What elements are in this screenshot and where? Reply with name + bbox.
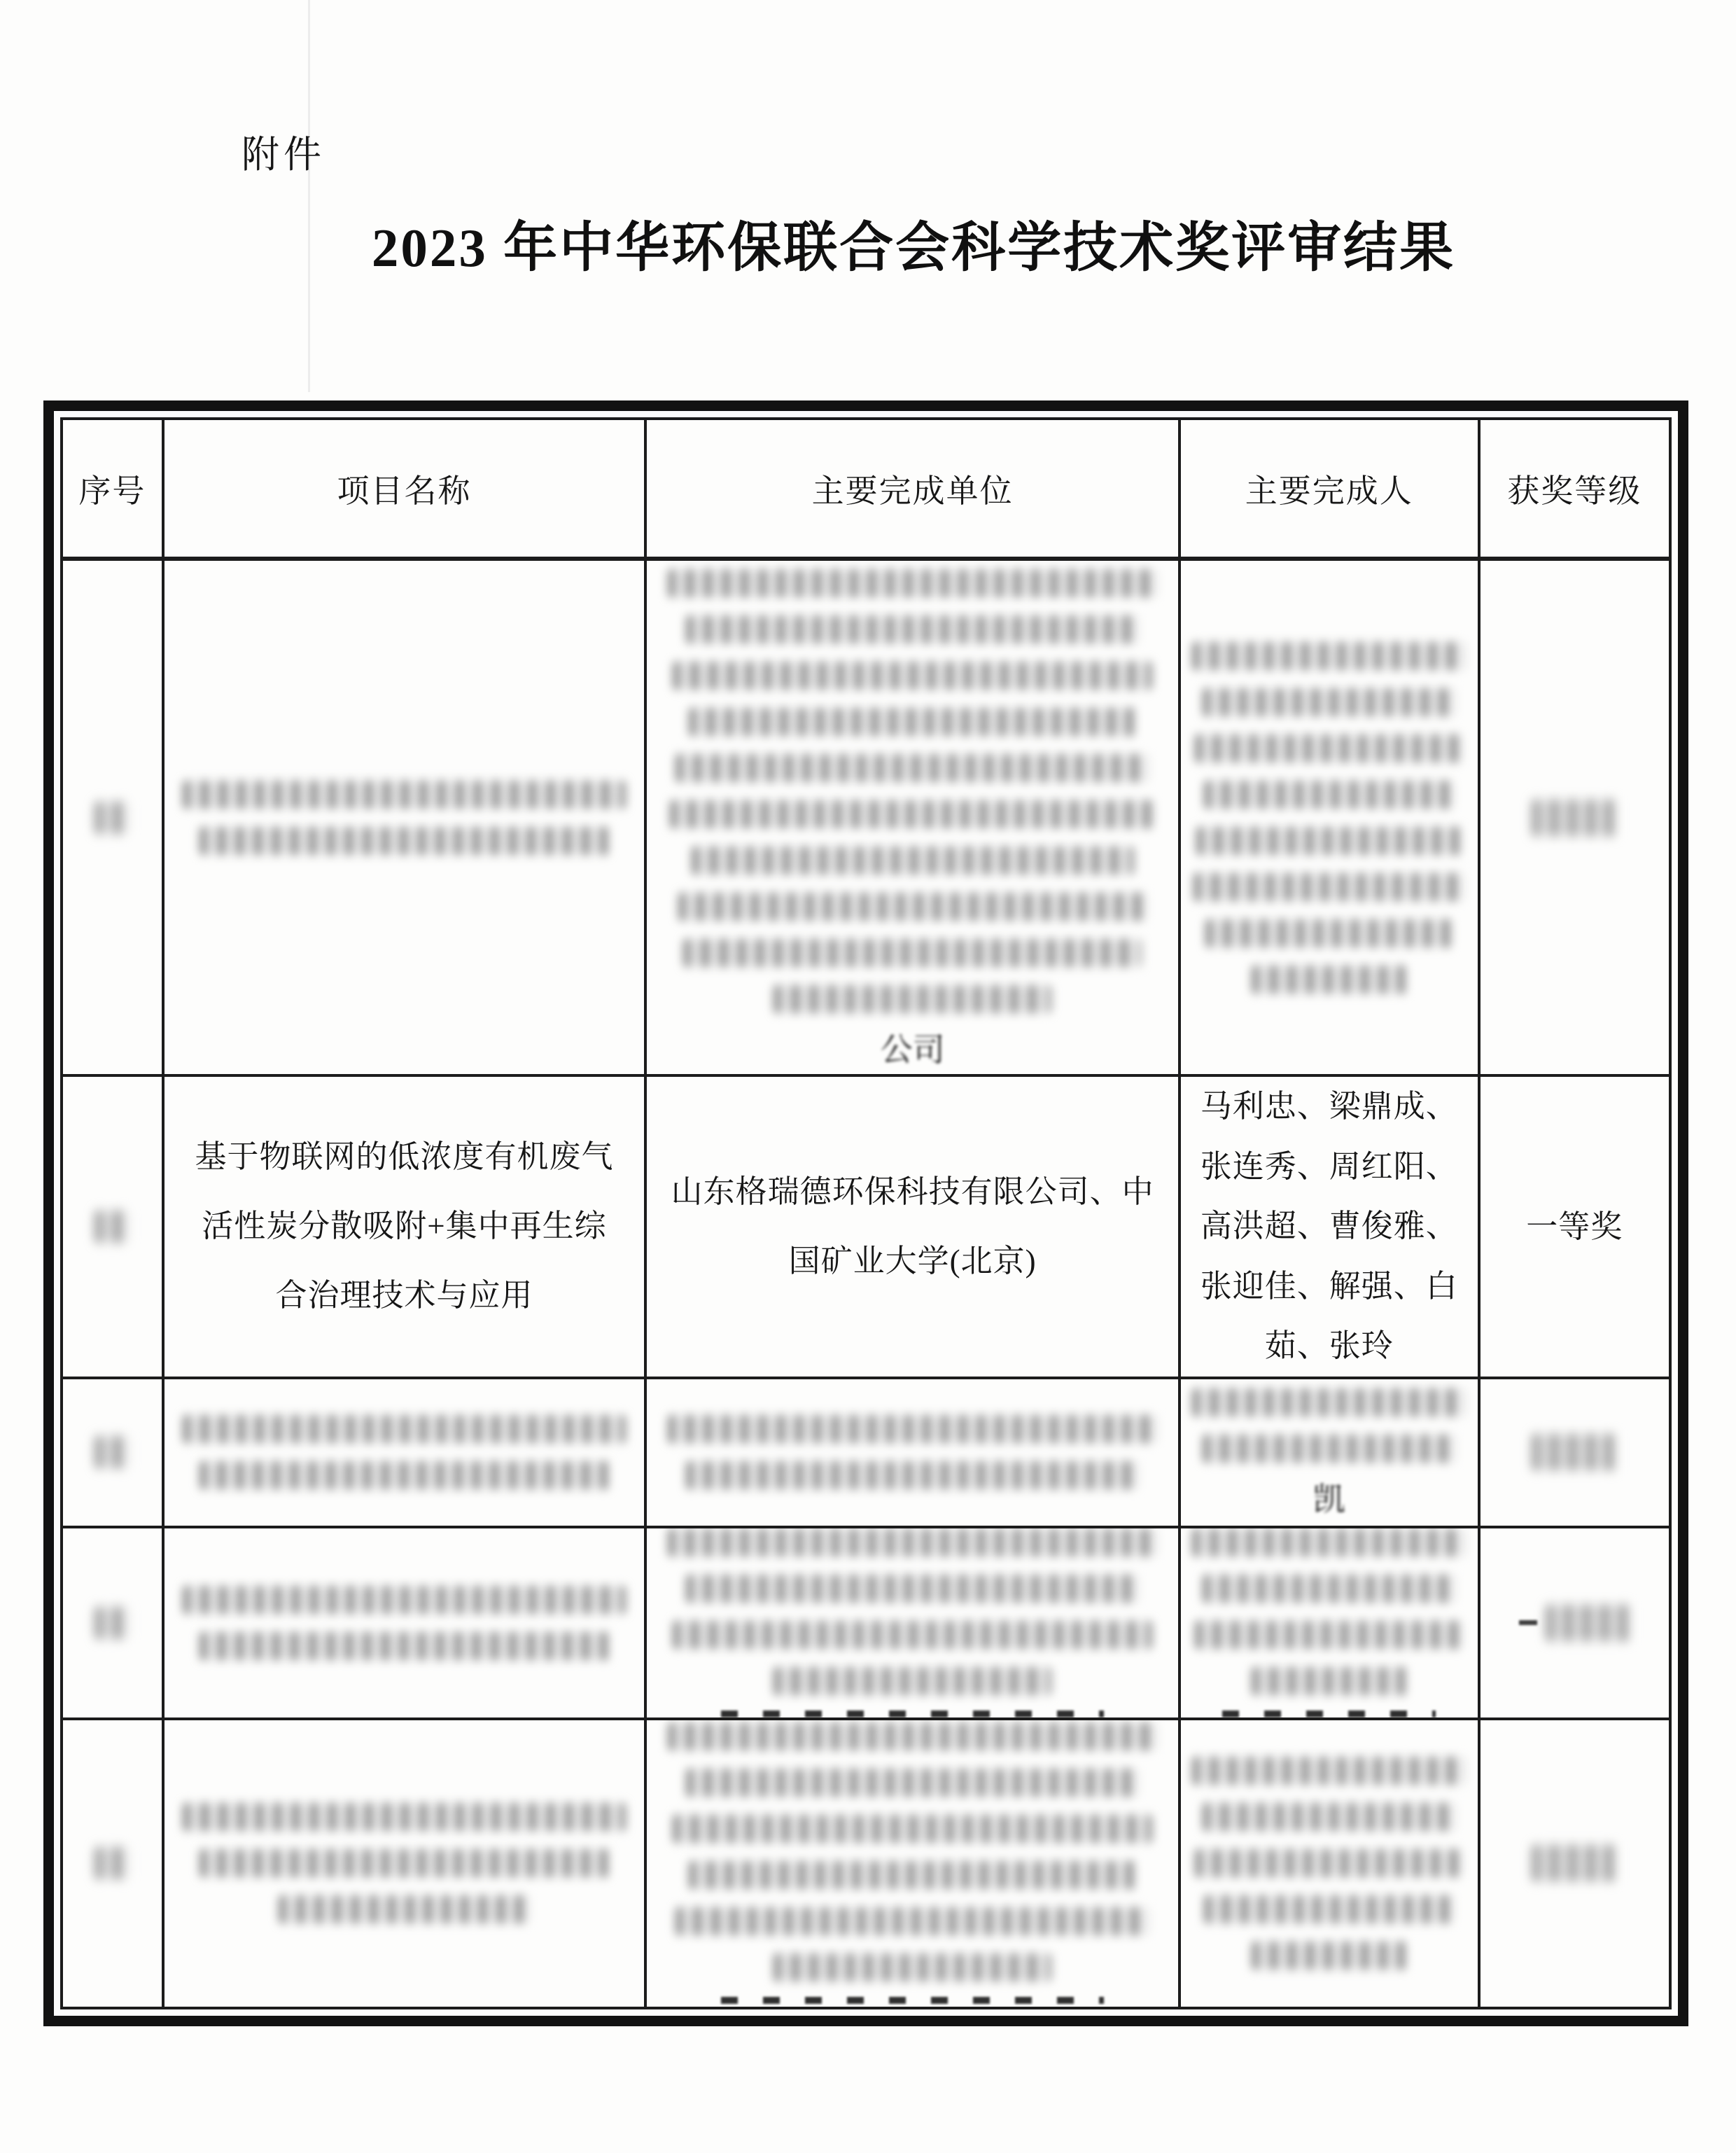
- cell-main-people: 马利忠、梁鼎成、 张连秀、周红阳、 高洪超、曹俊雅、 张迎佳、解强、白 茹、张玲: [1179, 1075, 1478, 1378]
- partially-visible-strokes: [721, 1710, 1103, 1717]
- redacted-text-smear: [1197, 827, 1461, 855]
- redacted-text-smear: [1252, 1942, 1406, 1970]
- cell-award-redacted: [1479, 1719, 1671, 2009]
- redacted-text-smear: [1193, 1528, 1466, 1556]
- redacted-text-smear: [1203, 1435, 1455, 1463]
- table-row: 凯: [62, 1378, 1670, 1527]
- redacted-text-smear: [1205, 1895, 1454, 1923]
- cell-award-redacted: [1479, 559, 1671, 1075]
- redacted-text-smear: [183, 781, 625, 809]
- scanned-document-page: 附件 2023 年中华环保联合会科学技术奖评审结果 序号 项目名称 主要完成单位…: [0, 0, 1736, 2153]
- table-row: [62, 1527, 1670, 1719]
- attachment-label: 附件: [241, 125, 325, 179]
- redacted-text-smear: [668, 1528, 1157, 1556]
- redacted-text-smear: [1206, 919, 1452, 947]
- cell-project-redacted: [163, 1527, 645, 1719]
- redacted-text-smear: [673, 1815, 1151, 1843]
- redacted-text-smear: [684, 939, 1141, 967]
- cell-units-redacted: [645, 1719, 1179, 2009]
- header-award-level: 获奖等级: [1479, 419, 1671, 559]
- redacted-text-smear: [1196, 1849, 1462, 1877]
- redacted-text-smear: [668, 1722, 1157, 1750]
- redacted-text-smear: [1196, 734, 1462, 762]
- redacted-text-smear: [1203, 1803, 1455, 1831]
- cell-people-redacted: [1179, 559, 1478, 1075]
- redaction-dash-fragment: [1519, 1620, 1537, 1625]
- redacted-text-smear: [183, 1415, 625, 1443]
- redacted-text-smear: [676, 754, 1149, 782]
- cell-project-redacted: [163, 559, 645, 1075]
- table-row: [62, 1719, 1670, 2009]
- table-header-row: 序号 项目名称 主要完成单位 主要完成人 获奖等级: [62, 419, 1670, 559]
- redacted-text-smear: [668, 1415, 1157, 1443]
- redacted-text-smear: [200, 1632, 608, 1660]
- redacted-text-smear: [96, 1436, 128, 1468]
- redacted-text-smear: [774, 985, 1051, 1013]
- redacted-text-smear: [774, 1953, 1051, 1981]
- redacted-text-smear: [671, 800, 1154, 828]
- redacted-text-smear: [1252, 1667, 1406, 1695]
- redacted-text-smear: [673, 1621, 1151, 1649]
- redacted-text-smear: [1193, 1388, 1466, 1416]
- redacted-text-smear: [96, 1607, 128, 1639]
- redacted-text-smear: [200, 1461, 608, 1489]
- redacted-text-smear: [96, 1847, 128, 1879]
- header-seq: 序号: [62, 419, 163, 559]
- partially-visible-text: 凯: [1313, 1484, 1345, 1516]
- redacted-text-smear: [1205, 781, 1454, 809]
- redacted-text-smear: [679, 893, 1147, 921]
- redacted-text-smear: [96, 802, 128, 834]
- table-row: 公司: [62, 559, 1670, 1075]
- redacted-text-smear: [279, 1895, 528, 1923]
- redacted-text-smear: [1196, 1621, 1462, 1649]
- redacted-text-smear: [200, 827, 608, 855]
- cell-project-name: 基于物联网的低浓度有机废气 活性炭分散吸附+集中再生综 合治理技术与应用: [163, 1075, 645, 1378]
- redacted-text-smear: [200, 1849, 608, 1877]
- redacted-text-smear: [1533, 800, 1616, 836]
- redacted-text-smear: [687, 1575, 1138, 1603]
- redacted-text-smear: [673, 662, 1151, 690]
- redacted-text-smear: [1193, 1757, 1466, 1785]
- redacted-text-smear: [668, 569, 1157, 597]
- cell-award-redacted: [1479, 1378, 1671, 1527]
- table-row: 基于物联网的低浓度有机废气 活性炭分散吸附+集中再生综 合治理技术与应用 山东格…: [62, 1075, 1670, 1378]
- redacted-text-smear: [687, 1769, 1138, 1797]
- redacted-text-smear: [687, 1461, 1138, 1489]
- redacted-text-smear: [689, 1861, 1135, 1889]
- cell-units-redacted: 公司: [645, 559, 1179, 1075]
- redacted-text-smear: [689, 708, 1135, 736]
- redacted-text-smear: [1533, 1434, 1616, 1470]
- results-table-border: 序号 项目名称 主要完成单位 主要完成人 获奖等级 公司 基于物联网的低浓度有机…: [43, 400, 1688, 2026]
- redacted-text-smear: [774, 1667, 1051, 1695]
- cell-main-units: 山东格瑞德环保科技有限公司、中 国矿业大学(北京): [645, 1075, 1179, 1378]
- cell-units-redacted: [645, 1527, 1179, 1719]
- cell-seq-redacted: [62, 1075, 163, 1378]
- cell-units-redacted: [645, 1378, 1179, 1527]
- redacted-text-smear: [1193, 642, 1466, 670]
- header-project-name: 项目名称: [163, 419, 645, 559]
- cell-people-redacted: [1179, 1719, 1478, 2009]
- cell-seq-redacted: [62, 1527, 163, 1719]
- award-results-table: 序号 项目名称 主要完成单位 主要完成人 获奖等级 公司 基于物联网的低浓度有机…: [60, 417, 1672, 2009]
- redacted-text-smear: [1203, 688, 1455, 716]
- redacted-text-smear: [687, 615, 1138, 643]
- cell-seq-redacted: [62, 1378, 163, 1527]
- redacted-text-smear: [183, 1803, 625, 1831]
- cell-award-redacted: [1479, 1527, 1671, 1719]
- redacted-text-smear: [96, 1211, 128, 1243]
- partially-visible-text: 公司: [881, 1034, 945, 1066]
- redacted-text-smear: [1194, 873, 1464, 901]
- cell-project-redacted: [163, 1719, 645, 2009]
- cell-people-redacted: [1179, 1527, 1478, 1719]
- redacted-text-smear: [1252, 966, 1406, 994]
- cell-seq-redacted: [62, 559, 163, 1075]
- redacted-text-smear: [676, 1907, 1149, 1935]
- redacted-text-smear: [692, 846, 1133, 875]
- redacted-text-smear: [1547, 1605, 1630, 1641]
- header-main-people: 主要完成人: [1179, 419, 1478, 559]
- partially-visible-strokes: [1222, 1710, 1436, 1717]
- document-title: 2023 年中华环保联合会科学技术奖评审结果: [91, 204, 1736, 282]
- cell-award-level: 一等奖: [1479, 1075, 1671, 1378]
- cell-people-redacted: 凯: [1179, 1378, 1478, 1527]
- cell-seq-redacted: [62, 1719, 163, 2009]
- redacted-text-smear: [1533, 1845, 1616, 1881]
- redacted-text-smear: [1203, 1575, 1455, 1603]
- partially-visible-strokes: [721, 1997, 1103, 2004]
- header-main-units: 主要完成单位: [645, 419, 1179, 559]
- redacted-text-smear: [183, 1586, 625, 1614]
- cell-project-redacted: [163, 1378, 645, 1527]
